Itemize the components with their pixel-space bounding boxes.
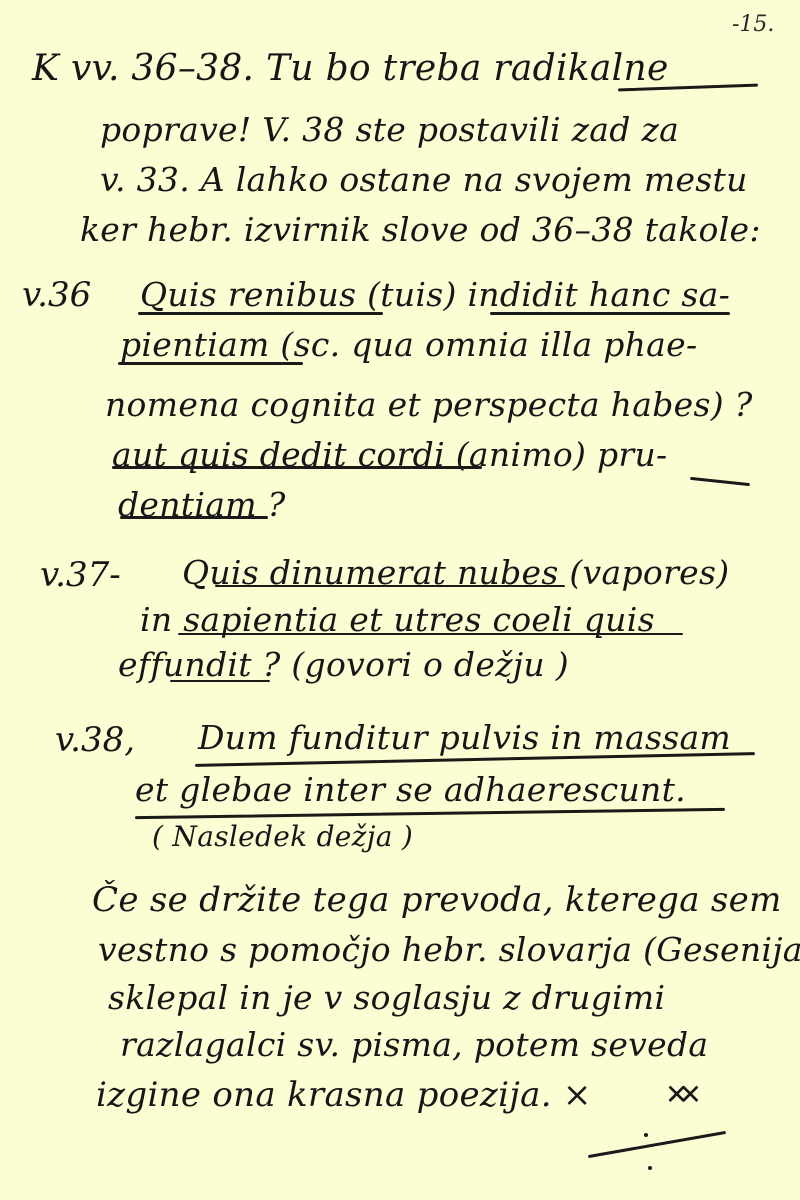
closing-line-2: vestno s pomočjo hebr. slovarja (Gesenij… (98, 930, 800, 969)
verse-label-38: v.38, (55, 720, 135, 760)
page-number: -15. (732, 12, 774, 37)
closing-flourish-stroke (588, 1131, 726, 1158)
closing-line-4: razlagalci sv. pisma, potem seveda (120, 1025, 708, 1064)
cross-hatch-mark: ✕✕ (665, 1078, 692, 1111)
verse-38-line-2: et glebae inter se adhaerescunt. (135, 770, 686, 809)
verse-37-line-3: effundit ? (govori o dežju ) (118, 645, 569, 684)
closing-line-5: izgine ona krasna poezija. × (96, 1075, 592, 1115)
closing-line-3: sklepal in je v soglasju z drugimi (108, 978, 665, 1017)
flourish-dot-bottom (648, 1166, 652, 1170)
verse-36-line-3: nomena cognita et perspecta habes) ? (105, 385, 753, 424)
underline-dentiam (120, 516, 268, 519)
underline-effundit (170, 680, 270, 682)
closing-line-1: Če se držite tega prevoda, kterega sem (92, 880, 782, 920)
intro-line-2: poprave! V. 38 ste postavili zad za (100, 110, 679, 149)
underline-dinumerat (215, 585, 565, 587)
underline-pientiam (118, 362, 303, 365)
intro-line-4: ker hebr. izvirnik slove od 36–38 takole… (80, 210, 761, 249)
verse-38-line-3: ( Nasledek dežja ) (152, 820, 413, 853)
flourish-dot-top (644, 1133, 648, 1137)
verse-38-line-1: Dum funditur pulvis in massam (198, 718, 731, 757)
underline-sapientia (178, 633, 683, 635)
underline-et-glebae (135, 808, 725, 819)
verse-36-line-2: pientiam (sc. qua omnia illa phae- (120, 325, 697, 364)
underline-pru (690, 477, 750, 486)
verse-label-37: v.37- (40, 555, 121, 595)
underline-indidit (490, 312, 730, 315)
intro-line-1: K vv. 36–38. Tu bo treba radikalne (32, 48, 669, 89)
verse-36-line-1: Quis renibus (tuis) indidit hanc sa- (140, 275, 730, 314)
underline-aut-quis-dedit (112, 466, 482, 469)
manuscript-page: -15. K vv. 36–38. Tu bo treba radikalne … (0, 0, 800, 1200)
verse-label-36: v.36 (22, 275, 91, 315)
underline-quis-renibus (138, 312, 383, 315)
intro-line-3: v. 33. A lahko ostane na svojem mestu (100, 160, 748, 199)
